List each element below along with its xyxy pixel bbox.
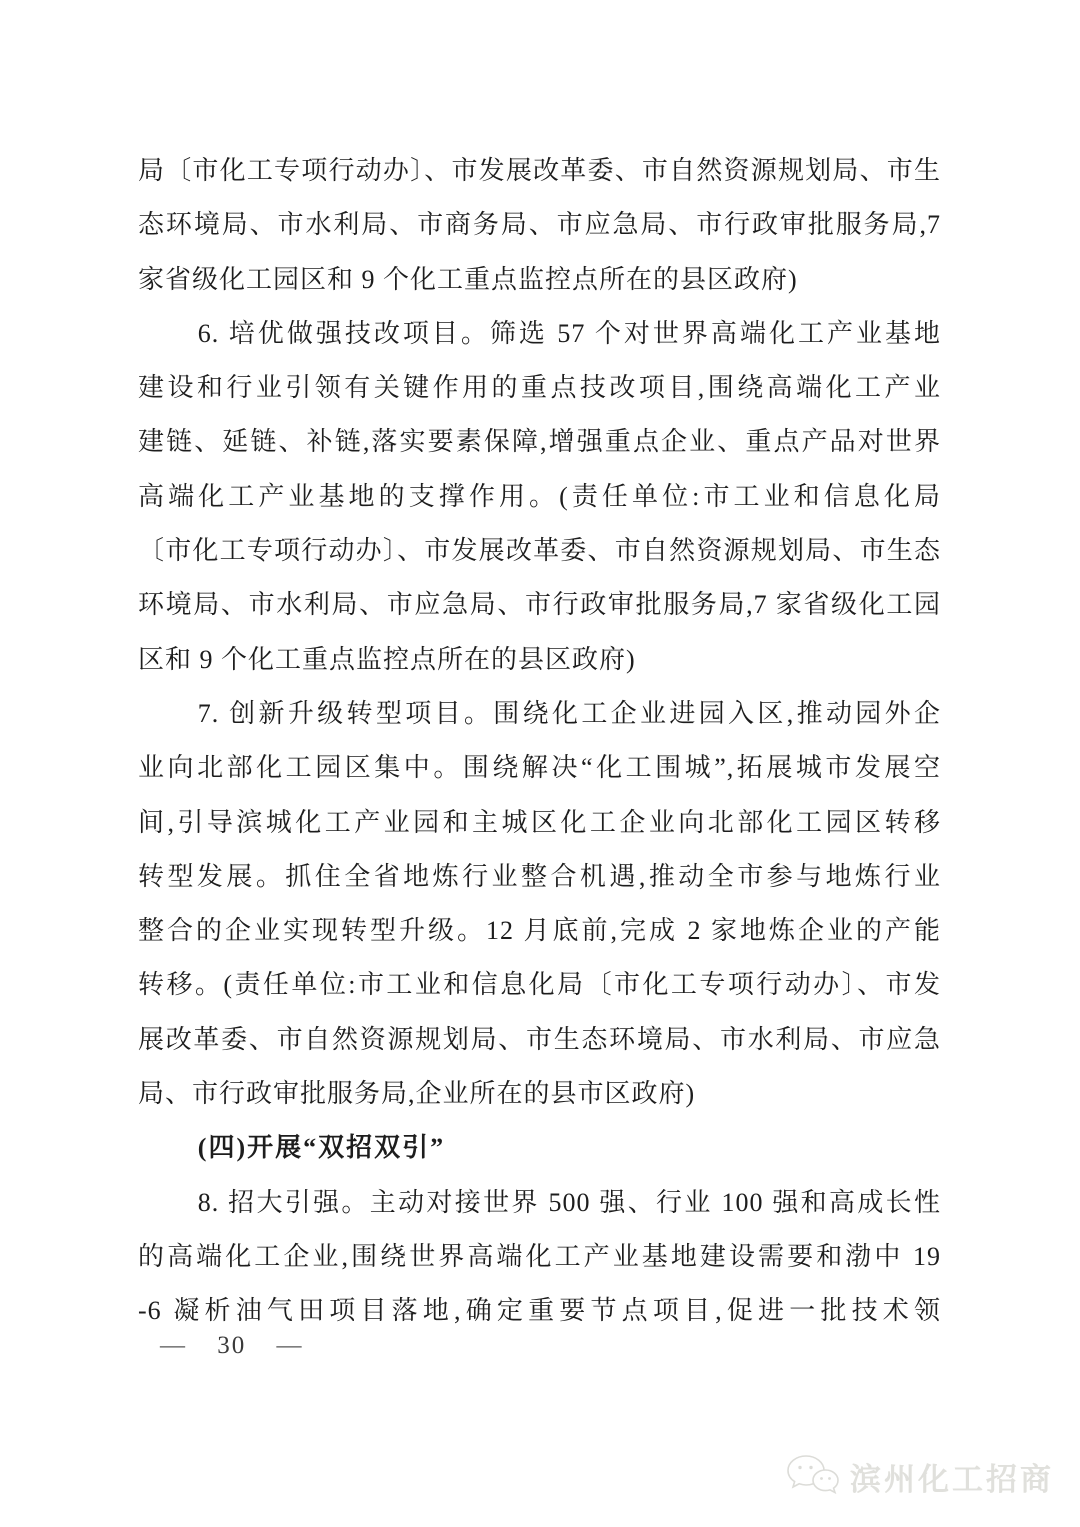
text-line: 局、市行政审批服务局,企业所在的县市区政府) <box>138 1067 941 1121</box>
footer-dash-right: — <box>277 1332 304 1359</box>
page-number: 30 <box>217 1332 246 1359</box>
text-line: 整合的企业实现转型升级。12 月底前,完成 2 家地炼企业的产能 <box>138 904 941 958</box>
document-body: 局〔市化工专项行动办〕、市发展改革委、市自然资源规划局、市生态环境局、市水利局、… <box>138 144 941 1339</box>
text-line: 家省级化工园区和 9 个化工重点监控点所在的县区政府) <box>138 253 941 307</box>
watermark: 滨州化工招商 <box>784 1452 1054 1500</box>
wechat-icon <box>784 1452 840 1500</box>
text-line: 建设和行业引领有关键作用的重点技改项目,围绕高端化工产业 <box>138 361 941 415</box>
text-line: -6 凝析油气田项目落地,确定重要节点项目,促进一批技术领 <box>138 1284 941 1338</box>
text-line: 6. 培优做强技改项目。筛选 57 个对世界高端化工产业基地 <box>138 307 941 361</box>
text-line: 环境局、市水利局、市应急局、市行政审批服务局,7 家省级化工园 <box>138 578 941 632</box>
text-line: 业向北部化工园区集中。围绕解决“化工围城”,拓展城市发展空 <box>138 741 941 795</box>
footer-dash-left: — <box>160 1332 187 1359</box>
text-line: (四)开展“双招双引” <box>138 1121 941 1175</box>
text-line: 间,引导滨城化工产业园和主城区化工企业向北部化工园区转移 <box>138 796 941 850</box>
text-line: 转型发展。抓住全省地炼行业整合机遇,推动全市参与地炼行业 <box>138 850 941 904</box>
text-line: 〔市化工专项行动办〕、市发展改革委、市自然资源规划局、市生态 <box>138 524 941 578</box>
text-line: 8. 招大引强。主动对接世界 500 强、行业 100 强和高成长性 <box>138 1176 941 1230</box>
page-footer: — 30 — <box>160 1332 304 1360</box>
text-line: 区和 9 个化工重点监控点所在的县区政府) <box>138 633 941 687</box>
text-line: 7. 创新升级转型项目。围绕化工企业进园入区,推动园外企 <box>138 687 941 741</box>
text-line: 高端化工产业基地的支撑作用。(责任单位:市工业和信息化局 <box>138 470 941 524</box>
text-line: 建链、延链、补链,落实要素保障,增强重点企业、重点产品对世界 <box>138 415 941 469</box>
text-line: 展改革委、市自然资源规划局、市生态环境局、市水利局、市应急 <box>138 1013 941 1067</box>
text-line: 的高端化工企业,围绕世界高端化工产业基地建设需要和渤中 19 <box>138 1230 941 1284</box>
text-line: 局〔市化工专项行动办〕、市发展改革委、市自然资源规划局、市生 <box>138 144 941 198</box>
text-line: 态环境局、市水利局、市商务局、市应急局、市行政审批服务局,7 <box>138 198 941 252</box>
watermark-label: 滨州化工招商 <box>850 1454 1054 1499</box>
text-line: 转移。(责任单位:市工业和信息化局〔市化工专项行动办〕、市发 <box>138 958 941 1012</box>
document-page: 局〔市化工专项行动办〕、市发展改革委、市自然资源规划局、市生态环境局、市水利局、… <box>0 0 1080 1527</box>
